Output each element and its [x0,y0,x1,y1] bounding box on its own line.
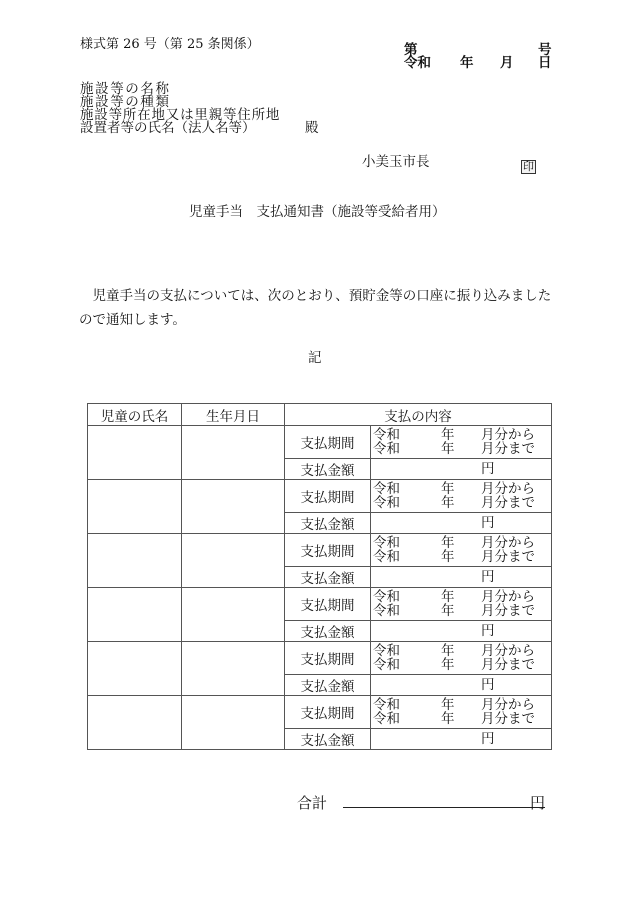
from-era: 令和 [373,590,400,604]
honorific: 殿 [305,122,319,135]
seal-mark: 印 [521,155,536,174]
total-yen-unit: 円 [530,792,545,813]
birth-date-cell[interactable] [182,642,285,696]
from-era: 令和 [373,698,400,712]
table-row: 支払期間 令和 年 月分から 令和 年 月分まで [88,696,552,729]
body-line-1: 児童手当の支払については、次のとおり、預貯金等の口座に振り込みました [79,290,551,303]
payment-period-cell[interactable]: 令和 年 月分から 令和 年 月分まで [371,696,552,729]
table-header-row: 児童の氏名 生年月日 支払の内容 [88,404,552,426]
payment-amount-cell[interactable]: 円 [371,621,552,642]
payment-period-cell[interactable]: 令和 年 月分から 令和 年 月分まで [371,534,552,567]
to-month: 月分まで [481,658,535,672]
payment-period-cell[interactable]: 令和 年 月分から 令和 年 月分まで [371,426,552,459]
date-year: 年 [460,57,474,70]
to-year: 年 [441,604,455,618]
to-month: 月分まで [481,442,535,456]
issuer-name: 小美玉市長 [362,156,430,169]
to-month: 月分まで [481,496,535,510]
to-era: 令和 [373,550,400,564]
payment-amount-label: 支払金額 [285,729,371,750]
birth-date-cell[interactable] [182,480,285,534]
payment-period-cell[interactable]: 令和 年 月分から 令和 年 月分まで [371,588,552,621]
from-month: 月分から [481,428,535,442]
table-row: 支払期間 令和 年 月分から 令和 年 月分まで [88,534,552,567]
payment-period-label: 支払期間 [285,426,371,459]
yen-unit: 円 [481,460,495,479]
payment-period-label: 支払期間 [285,534,371,567]
from-era: 令和 [373,644,400,658]
founder-name-label: 設置者等の氏名（法人名等） [80,120,256,136]
total-amount-field[interactable] [343,807,545,808]
birth-date-cell[interactable] [182,426,285,480]
payment-table: 児童の氏名 生年月日 支払の内容 支払期間 令和 年 月分から 令和 年 月分ま… [87,403,552,750]
table-row: 支払期間 令和 年 月分から 令和 年 月分まで [88,588,552,621]
yen-unit: 円 [481,568,495,587]
recipient-block: 施設等の名称 施設等の種類 施設等所在地又は里親等住所地 設置者等の氏名（法人名… [80,83,280,135]
payment-amount-label: 支払金額 [285,513,371,534]
from-month: 月分から [481,698,535,712]
from-year: 年 [441,482,455,496]
to-month: 月分まで [481,550,535,564]
payment-amount-cell[interactable]: 円 [371,513,552,534]
to-era: 令和 [373,604,400,618]
to-month: 月分まで [481,604,535,618]
to-era: 令和 [373,442,400,456]
to-month: 月分まで [481,712,535,726]
from-era: 令和 [373,536,400,550]
table-row: 支払期間 令和 年 月分から 令和 年 月分まで [88,426,552,459]
ki-heading: 記 [308,352,322,365]
payment-period-label: 支払期間 [285,696,371,729]
to-year: 年 [441,496,455,510]
from-month: 月分から [481,644,535,658]
header-payment-content: 支払の内容 [285,404,552,426]
birth-date-cell[interactable] [182,534,285,588]
from-year: 年 [441,590,455,604]
from-month: 月分から [481,590,535,604]
from-month: 月分から [481,536,535,550]
payment-period-label: 支払期間 [285,588,371,621]
yen-unit: 円 [481,676,495,695]
yen-unit: 円 [481,514,495,533]
to-year: 年 [441,550,455,564]
payment-period-cell[interactable]: 令和 年 月分から 令和 年 月分まで [371,480,552,513]
payment-amount-cell[interactable]: 円 [371,729,552,750]
body-line-2: ので通知します。 [79,314,186,327]
form-number: 様式第 26 号（第 25 条関係） [80,33,260,52]
header-birth-date: 生年月日 [182,404,285,426]
payment-amount-cell[interactable]: 円 [371,459,552,480]
birth-date-cell[interactable] [182,696,285,750]
from-year: 年 [441,698,455,712]
header-child-name: 児童の氏名 [88,404,182,426]
to-era: 令和 [373,712,400,726]
from-era: 令和 [373,482,400,496]
from-era: 令和 [373,428,400,442]
payment-amount-label: 支払金額 [285,567,371,588]
payment-amount-label: 支払金額 [285,675,371,696]
to-year: 年 [441,712,455,726]
child-name-cell[interactable] [88,696,182,750]
total-label: 合計 [297,792,327,813]
to-year: 年 [441,442,455,456]
payment-period-label: 支払期間 [285,480,371,513]
payment-amount-label: 支払金額 [285,459,371,480]
yen-unit: 円 [481,622,495,641]
date-month: 月 [500,57,514,70]
from-year: 年 [441,428,455,442]
from-year: 年 [441,536,455,550]
document-number-date-block: 第 号 令和 年 月 日 [404,44,550,70]
to-era: 令和 [373,496,400,510]
child-name-cell[interactable] [88,588,182,642]
child-name-cell[interactable] [88,426,182,480]
payment-period-cell[interactable]: 令和 年 月分から 令和 年 月分まで [371,642,552,675]
to-year: 年 [441,658,455,672]
child-name-cell[interactable] [88,642,182,696]
yen-unit: 円 [481,730,495,749]
birth-date-cell[interactable] [182,588,285,642]
payment-amount-label: 支払金額 [285,621,371,642]
payment-amount-cell[interactable]: 円 [371,675,552,696]
child-name-cell[interactable] [88,534,182,588]
to-era: 令和 [373,658,400,672]
from-month: 月分から [481,482,535,496]
seal-icon: 印 [521,160,536,174]
payment-amount-cell[interactable]: 円 [371,567,552,588]
from-year: 年 [441,644,455,658]
date-era: 令和 [404,57,431,70]
document-title: 児童手当 支払通知書（施設等受給者用） [189,206,446,219]
child-name-cell[interactable] [88,480,182,534]
table-row: 支払期間 令和 年 月分から 令和 年 月分まで [88,642,552,675]
payment-period-label: 支払期間 [285,642,371,675]
table-row: 支払期間 令和 年 月分から 令和 年 月分まで [88,480,552,513]
date-day: 日 [538,57,552,70]
